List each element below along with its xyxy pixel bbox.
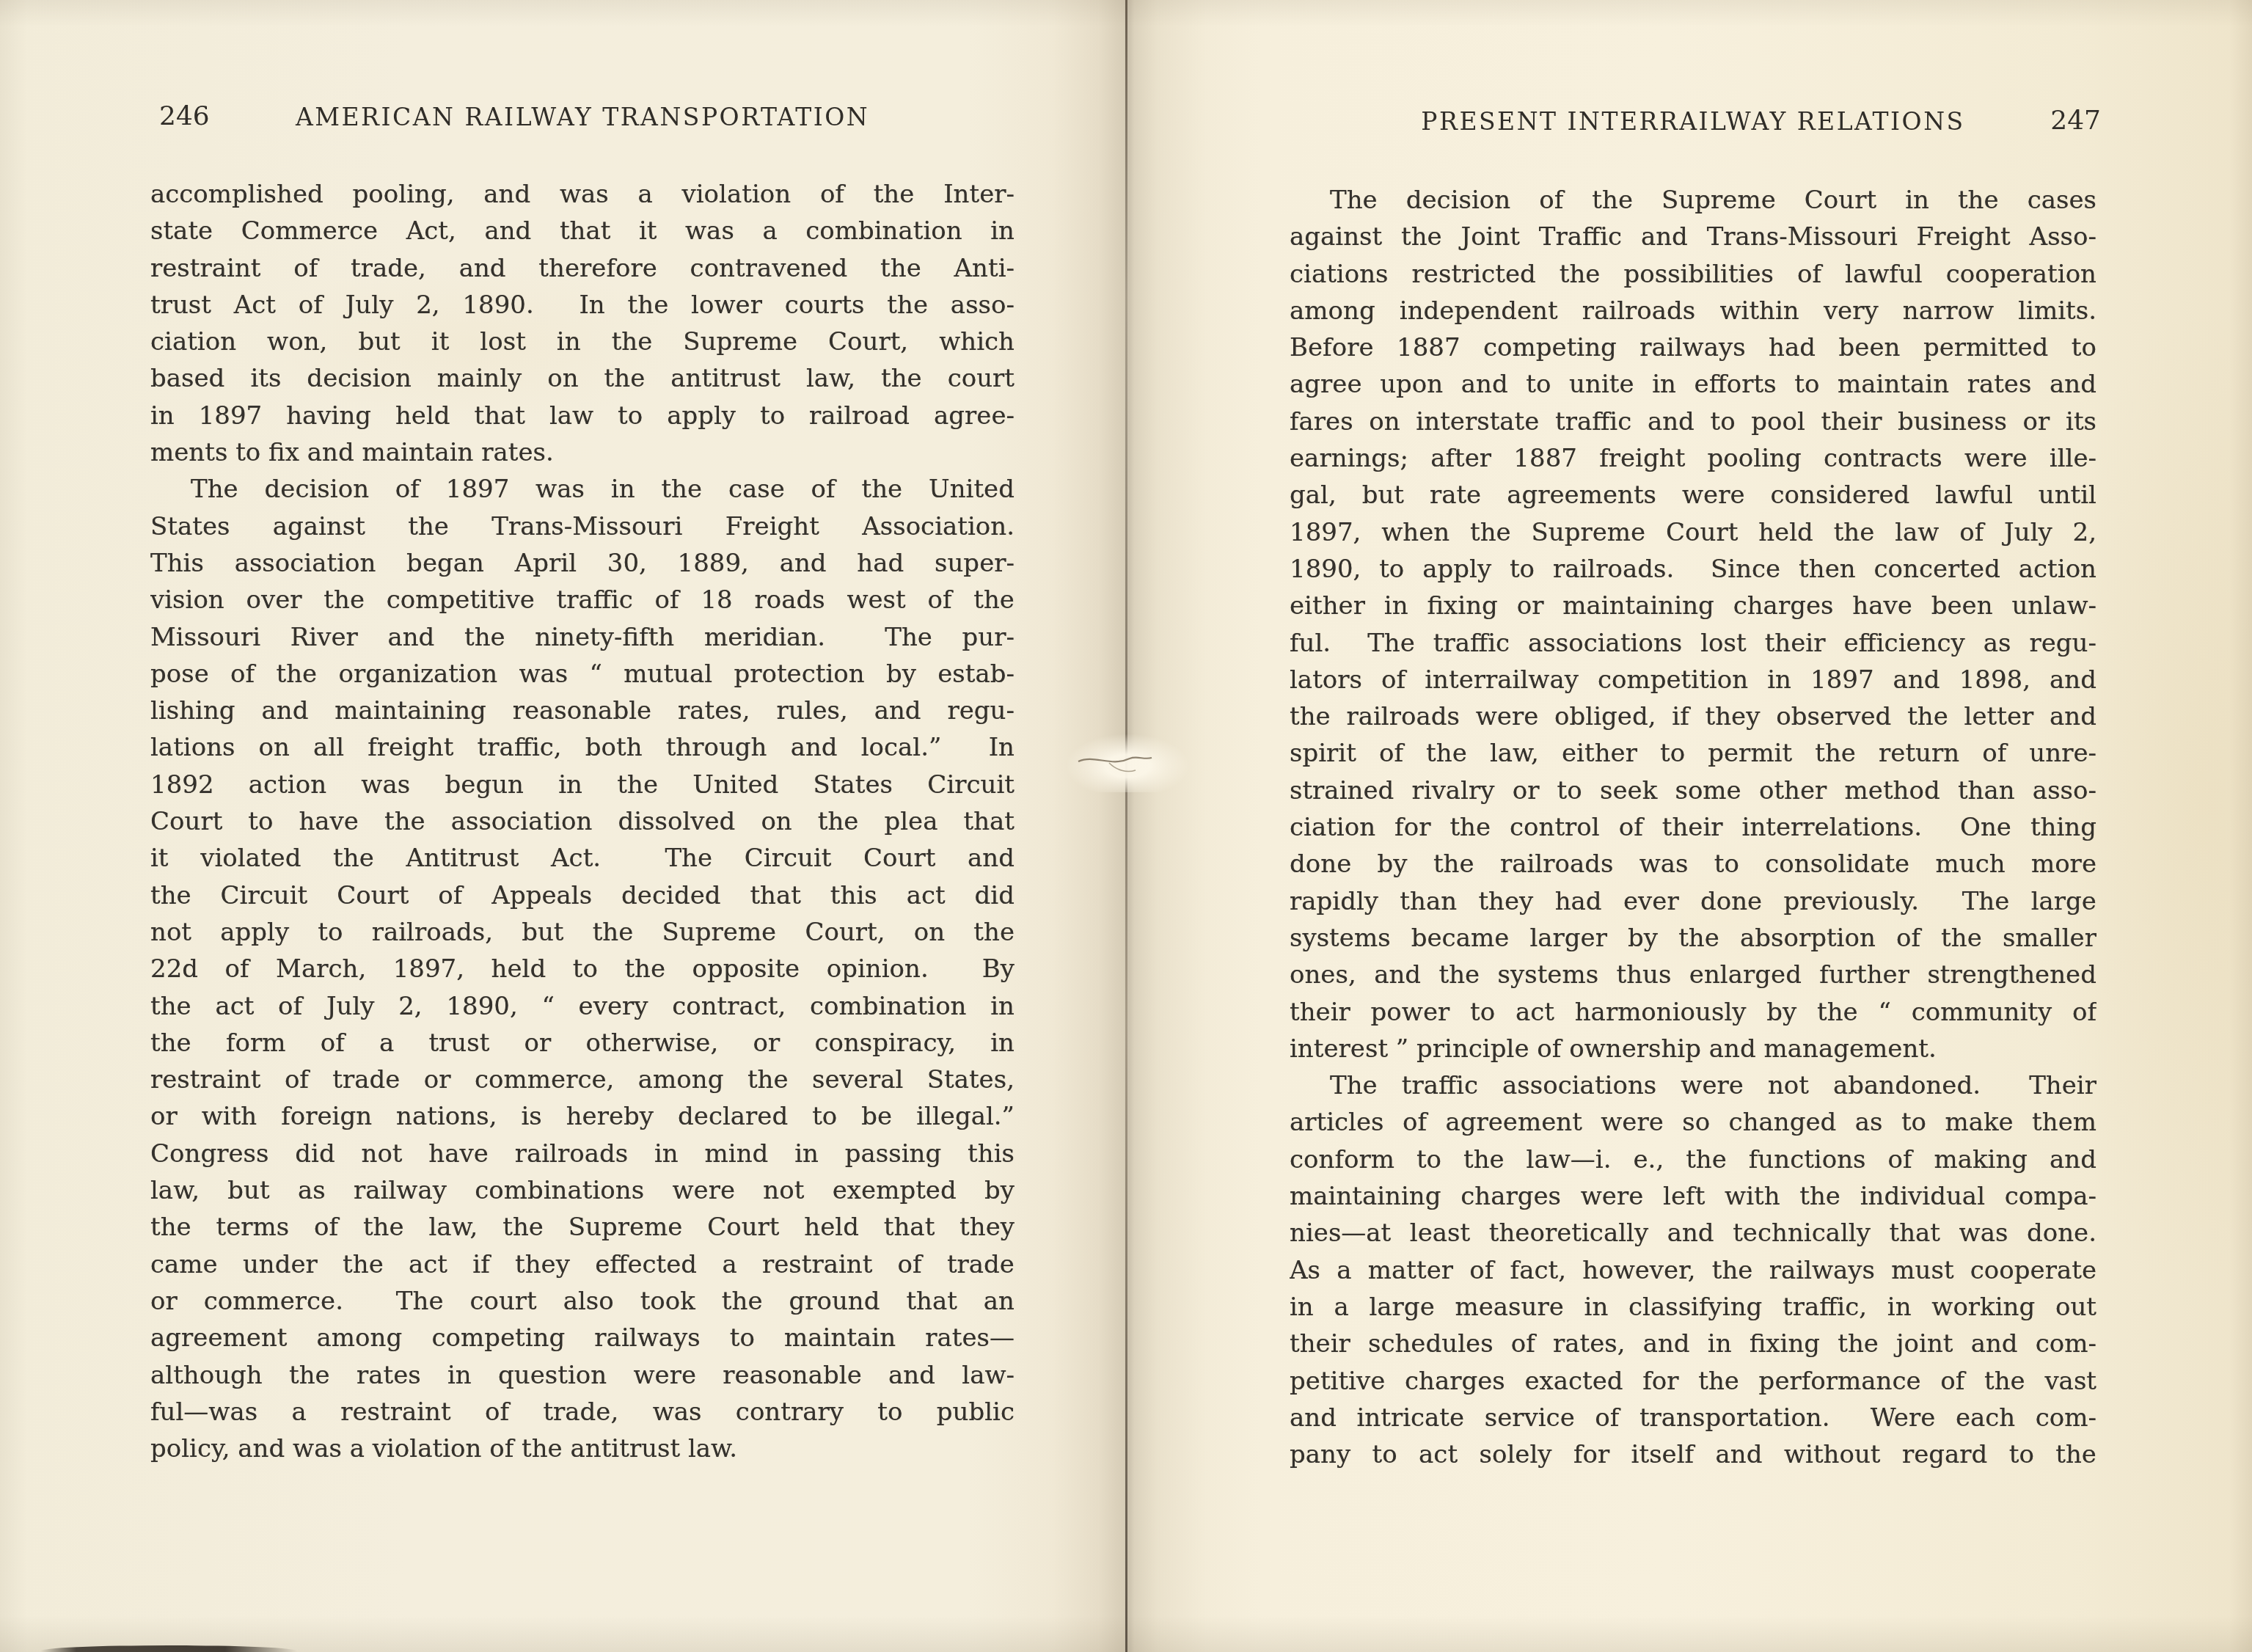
text-line: articles of agreement were so changed as… [1290, 1104, 2096, 1141]
book-fold-line [1125, 0, 1127, 1652]
text-line: earnings; after 1887 freight pooling con… [1290, 440, 2096, 477]
text-line: trust Act of July 2, 1890. In the lower … [150, 287, 1015, 324]
text-line: the form of a trust or otherwise, or con… [150, 1025, 1015, 1061]
text-line: agree upon and to unite in efforts to ma… [1290, 366, 2096, 403]
text-line: lations on all freight traffic, both thr… [150, 729, 1015, 766]
text-line: ful—was a restraint of trade, was contra… [150, 1394, 1015, 1430]
page-number: 247 [2050, 106, 2101, 136]
text-line: the act of July 2, 1890, “ every contrac… [150, 988, 1015, 1025]
left-page-header: 246 AMERICAN RAILWAY TRANSPORTATION [150, 103, 1015, 147]
text-line: As a matter of fact, however, the railwa… [1290, 1252, 2096, 1289]
text-line: Congress did not have railroads in mind … [150, 1136, 1015, 1172]
text-line: their power to act harmoniously by the “… [1290, 994, 2096, 1031]
text-line: pany to act solely for itself and withou… [1290, 1436, 2096, 1473]
text-line: strained rivalry or to seek some other m… [1290, 772, 2096, 809]
text-line: although the rates in question were reas… [150, 1357, 1015, 1394]
book-scan-page: { "colors": { "paper": "#f4eedc", "ink":… [0, 0, 2252, 1652]
text-line: in a large measure in classifying traffi… [1290, 1289, 2096, 1326]
text-line: or commerce. The court also took the gro… [150, 1283, 1015, 1320]
text-line: their schedules of rates, and in fixing … [1290, 1326, 2096, 1362]
text-line: the Circuit Court of Appeals decided tha… [150, 877, 1015, 914]
right-page-text: The decision of the Supreme Court in the… [1290, 182, 2096, 1473]
text-line: petitive charges exacted for the perform… [1290, 1363, 2096, 1400]
text-line: The decision of 1897 was in the case of … [150, 471, 1015, 508]
text-line: against the Joint Traffic and Trans-Miss… [1290, 219, 2096, 255]
text-line: 1890, to apply to railroads. Since then … [1290, 551, 2096, 588]
text-line: gal, but rate agreements were considered… [1290, 477, 2096, 513]
text-line: came under the act if they effected a re… [150, 1246, 1015, 1283]
text-line: systems became larger by the absorption … [1290, 920, 2096, 957]
text-line: vision over the competitive traffic of 1… [150, 582, 1015, 618]
gutter-tear-mark [1065, 734, 1190, 792]
text-line: or with foreign nations, is hereby decla… [150, 1098, 1015, 1135]
text-line: 1892 action was begun in the United Stat… [150, 767, 1015, 803]
text-line: pose of the organization was “ mutual pr… [150, 656, 1015, 692]
book-gutter-shadow [1053, 0, 1207, 1652]
text-line: maintaining charges were left with the i… [1290, 1178, 2096, 1215]
text-line: either in fixing or maintaining charges … [1290, 588, 2096, 624]
text-line: ciation won, but it lost in the Supreme … [150, 324, 1015, 360]
text-line: This association began April 30, 1889, a… [150, 545, 1015, 582]
text-line: restraint of trade or commerce, among th… [150, 1061, 1015, 1098]
text-line: state Commerce Act, and that it was a co… [150, 213, 1015, 249]
text-line: ful. The traffic associations lost their… [1290, 625, 2096, 662]
text-line: 22d of March, 1897, held to the opposite… [150, 951, 1015, 987]
bottom-edge-shadow [40, 1645, 297, 1652]
text-line: the terms of the law, the Supreme Court … [150, 1209, 1015, 1246]
page-number: 246 [159, 101, 210, 131]
running-head: AMERICAN RAILWAY TRANSPORTATION [150, 103, 1015, 131]
text-line: among independent railroads within very … [1290, 293, 2096, 329]
text-line: lators of interrailway competition in 18… [1290, 662, 2096, 698]
text-line: Court to have the association dissolved … [150, 803, 1015, 840]
tear-scratch-icon [1065, 734, 1190, 792]
text-line: the railroads were obliged, if they obse… [1290, 698, 2096, 735]
left-page-text: accomplished pooling, and was a violatio… [150, 176, 1015, 1467]
running-head: PRESENT INTERRAILWAY RELATIONS [1290, 107, 2096, 136]
text-line: agreement among competing railways to ma… [150, 1320, 1015, 1356]
text-line: accomplished pooling, and was a violatio… [150, 176, 1015, 213]
text-line: Before 1887 competing railways had been … [1290, 329, 2096, 366]
text-line: The decision of the Supreme Court in the… [1290, 182, 2096, 219]
text-line: not apply to railroads, but the Supreme … [150, 914, 1015, 951]
text-line: States against the Trans-Missouri Freigh… [150, 508, 1015, 545]
text-line: conform to the law—i. e., the functions … [1290, 1141, 2096, 1178]
text-line: spirit of the law, either to permit the … [1290, 735, 2096, 772]
text-line: based its decision mainly on the antitru… [150, 360, 1015, 397]
text-line: Missouri River and the ninety-fifth meri… [150, 619, 1015, 656]
text-line: in 1897 having held that law to apply to… [150, 398, 1015, 434]
text-line: and intricate service of transportation.… [1290, 1400, 2096, 1436]
text-line: restraint of trade, and therefore contra… [150, 250, 1015, 287]
text-line: policy, and was a violation of the antit… [150, 1430, 1015, 1467]
text-line: lishing and maintaining reasonable rates… [150, 692, 1015, 729]
text-line: nies—at least theoretically and technica… [1290, 1215, 2096, 1251]
text-line: ones, and the systems thus enlarged furt… [1290, 957, 2096, 993]
text-line: it violated the Antitrust Act. The Circu… [150, 840, 1015, 877]
text-line: fares on interstate traffic and to pool … [1290, 403, 2096, 440]
text-line: ciation for the control of their interre… [1290, 809, 2096, 846]
text-line: ciations restricted the possibilities of… [1290, 256, 2096, 293]
text-line: done by the railroads was to consolidate… [1290, 846, 2096, 882]
text-line: law, but as railway combinations were no… [150, 1172, 1015, 1209]
text-line: 1897, when the Supreme Court held the la… [1290, 514, 2096, 551]
right-page-header: PRESENT INTERRAILWAY RELATIONS 247 [1290, 107, 2096, 151]
text-line: The traffic associations were not abando… [1290, 1067, 2096, 1104]
text-line: rapidly than they had ever done previous… [1290, 883, 2096, 920]
text-line: ments to fix and maintain rates. [150, 434, 1015, 471]
text-line: interest ” principle of ownership and ma… [1290, 1031, 2096, 1067]
